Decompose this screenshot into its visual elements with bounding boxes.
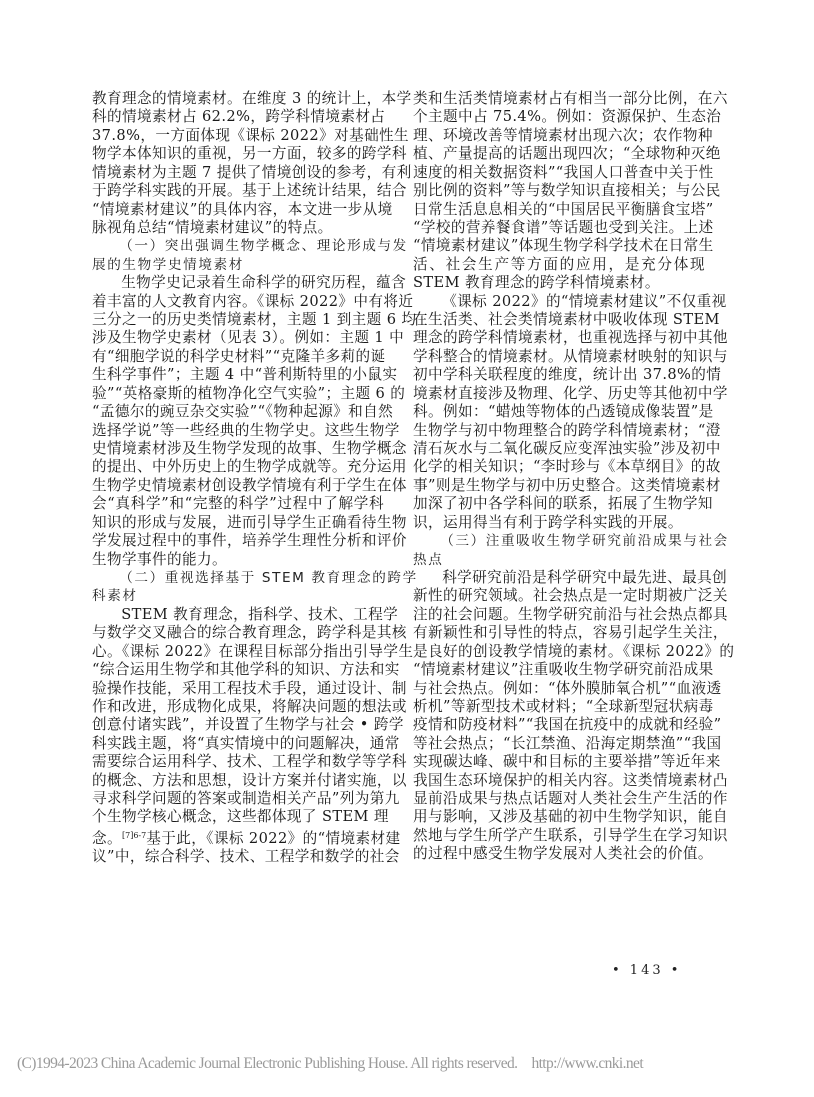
- body-text-line: 生科学事件”；主题 4 中“普利斯特里的小鼠实: [92, 366, 384, 384]
- body-text-line: 涉及生物学史素材（见表 3）。例如：主题 1 中: [92, 329, 384, 347]
- right-column: 类和生活类情境素材占有相当一部分比例，在六个主题中占 75.4%。例如：资源保护…: [413, 90, 705, 864]
- body-text-line: 新性的研究领域。社会热点是一定时期被广泛关: [413, 587, 705, 605]
- body-text-line: 速度的相关数据资料”“我国人口普查中关于性: [413, 164, 705, 182]
- body-text-line: 需要综合运用科学、技术、工程学和数学等学科: [92, 753, 384, 771]
- body-text-line: 教育理念的情境素材。在维度 3 的统计上，本学: [92, 90, 384, 108]
- section-heading-line: 科素材: [92, 587, 384, 605]
- section-heading-line: （三）注重吸收生物学研究前沿成果与社会: [413, 532, 705, 550]
- body-text-line: “孟德尔的豌豆杂交实验”“《物种起源》和自然: [92, 403, 384, 421]
- body-text-line: 个主题中占 75.4%。例如：资源保护、生态治: [413, 108, 705, 126]
- body-text-line: 注的社会问题。生物学研究前沿与社会热点都具: [413, 606, 705, 624]
- body-text-line: 显前沿成果与热点话题对人类社会生产生活的作: [413, 790, 705, 808]
- body-text-line: 析机”等新型技术或材料；“全球新型冠状病毒: [413, 698, 705, 716]
- body-text-line: 有新颖性和引导性的特点，容易引起学生关注，: [413, 624, 705, 642]
- body-text-line: 史情境素材涉及生物学发现的故事、生物学概念: [92, 440, 384, 458]
- body-text-line: 的过程中感受生物学发展对人类社会的价值。: [413, 845, 705, 863]
- body-text-line: 生物学事件的能力。: [92, 551, 384, 569]
- left-column: 教育理念的情境素材。在维度 3 的统计上，本学科的情境素材占 62.2%，跨学科…: [92, 90, 384, 867]
- body-text-line: 理、环境改善等情境素材出现六次；农作物种: [413, 127, 705, 145]
- body-text-line: 验操作技能，采用工程技术手段，通过设计、制: [92, 680, 384, 698]
- body-text-line: “学校的营养餐食谱”等话题也受到关注。上述: [413, 219, 705, 237]
- body-text-line: 物学本体知识的重视，另一方面，较多的跨学科: [92, 145, 384, 163]
- body-text-line: 用与影响，又涉及基础的初中生物学知识，能自: [413, 808, 705, 826]
- body-text-line: 境素材直接涉及物理、化学、历史等其他初中学: [413, 385, 705, 403]
- body-text-line: 学科整合的情境素材。从情境素材映射的知识与: [413, 348, 705, 366]
- page-number: • 143 •: [612, 963, 681, 978]
- copyright-text: (C)1994-2023 China Academic Journal Elec…: [17, 1055, 517, 1072]
- body-text-line: 与社会热点。例如：“体外膜肺氧合机”“血液透: [413, 680, 705, 698]
- body-text-line: 等社会热点；“长江禁渔、沿海定期禁渔”“我国: [413, 735, 705, 753]
- body-text-line: 的提出、中外历史上的生物学成就等。充分运用: [92, 458, 384, 476]
- body-text-line: 别比例的资料”等与数学知识直接相关；与公民: [413, 182, 705, 200]
- body-text-line: 理念的跨学科情境素材，也重视选择与初中其他: [413, 329, 705, 347]
- body-text-line: 于跨学科实践的开展。基于上述统计结果，结合: [92, 182, 384, 200]
- body-text-line: “情境素材建议”体现生物学科学技术在日常生: [413, 237, 705, 255]
- body-text-line: 创意付诸实践”，并设置了生物学与社会 • 跨学: [92, 716, 384, 734]
- body-text-line: 清石灰水与二氧化碳反应变浑浊实验”涉及初中: [413, 440, 705, 458]
- section-heading-line: （一）突出强调生物学概念、理论形成与发: [92, 237, 384, 255]
- body-text-line: 知识的形成与发展，进而引导学生正确看待生物: [92, 514, 384, 532]
- body-text-line: 学发展过程中的事件，培养学生理性分析和评价: [92, 532, 384, 550]
- body-text-line: 个生物学核心概念，这些都体现了 STEM 理: [92, 808, 384, 826]
- footer-url[interactable]: http://www.cnki.net: [531, 1055, 643, 1072]
- body-text-line: STEM 教育理念，指科学、技术、工程学: [92, 606, 384, 624]
- body-text-line: 与数学交叉融合的综合教育理念，跨学科是其核: [92, 624, 384, 642]
- body-text-line: 议”中，综合科学、技术、工程学和数学的社会: [92, 848, 384, 866]
- body-text-line: 加深了初中各学科间的联系，拓展了生物学知: [413, 495, 705, 513]
- section-heading-line: （二）重视选择基于 STEM 教育理念的跨学: [92, 569, 384, 587]
- body-text-line: 识，运用得当有利于跨学科实践的开展。: [413, 514, 705, 532]
- body-text-line: 37.8%，一方面体现《课标 2022》对基础性生: [92, 127, 384, 145]
- journal-page: 教育理念的情境素材。在维度 3 的统计上，本学科的情境素材占 62.2%，跨学科…: [0, 0, 814, 1097]
- body-text-line: 脉视角总结“情境素材建议”的特点。: [92, 219, 384, 237]
- body-text-line: 活、社会生产等方面的应用，是充分体现: [413, 256, 705, 274]
- body-text-line: 化学的相关知识；“李时珍与《本草纲目》的故: [413, 458, 705, 476]
- body-text-line: 疫情和防疫材料”“我国在抗疫中的成就和经验”: [413, 716, 705, 734]
- body-text-line: 科。例如：“蜡烛等物体的凸透镜成像装置”是: [413, 403, 705, 421]
- body-text-line: 《课标 2022》的“情境素材建议”不仅重视: [413, 293, 705, 311]
- body-text-line: 是良好的创设教学情境的素材。《课标 2022》的: [413, 643, 705, 661]
- body-text-line: “情境素材建议”的具体内容，本文进一步从境: [92, 201, 384, 219]
- body-text-line: 着丰富的人文教育内容。《课标 2022》中有将近: [92, 293, 384, 311]
- body-text-line: 作和改进，形成物化成果，将解决问题的想法或: [92, 698, 384, 716]
- body-text-line: 会“真科学”和“完整的科学”过程中了解学科: [92, 495, 384, 513]
- body-text-line: 植、产量提高的话题出现四次；“全球物种灭绝: [413, 145, 705, 163]
- body-text-line: 寻求科学问题的答案或制造相关产品”列为第九: [92, 790, 384, 808]
- body-text-line: 念。[7]6-7基于此，《课标 2022》的“情境素材建: [92, 827, 384, 848]
- body-text-line: “情境素材建议”注重吸收生物学研究前沿成果: [413, 661, 705, 679]
- body-text-line: 情境素材为主题 7 提供了情境创设的参考，有利: [92, 164, 384, 182]
- body-text-line: 在生活类、社会类情境素材中吸收体现 STEM: [413, 311, 705, 329]
- body-text-line: 实现碳达峰、碳中和目标的主要举措”等近年来: [413, 753, 705, 771]
- body-text-line: 然地与学生所学产生联系，引导学生在学习知识: [413, 827, 705, 845]
- body-text-line: 事”则是生物学与初中历史整合。这类情境素材: [413, 477, 705, 495]
- body-text-line: 日常生活息息相关的“中国居民平衡膳食宝塔”: [413, 201, 705, 219]
- body-text-line: 我国生态环境保护的相关内容。这类情境素材凸: [413, 772, 705, 790]
- body-text-line: 科实践主题，将“真实情境中的问题解决，通常: [92, 735, 384, 753]
- body-text-line: 生物学史记录着生命科学的研究历程，蕴含: [92, 274, 384, 292]
- section-heading-line: 展的生物学史情境素材: [92, 256, 384, 274]
- body-text-line: 科的情境素材占 62.2%，跨学科情境素材占: [92, 108, 384, 126]
- body-text-line: “综合运用生物学和其他学科的知识、方法和实: [92, 661, 384, 679]
- body-text-line: 验”“英格豪斯的植物净化空气实验”；主题 6 的: [92, 385, 384, 403]
- body-text-line: 科学研究前沿是科学研究中最先进、最具创: [413, 569, 705, 587]
- body-text-line: 的概念、方法和思想，设计方案并付诸实施，以: [92, 772, 384, 790]
- body-text-line: 有“细胞学说的科学史材料”“克隆羊多莉的诞: [92, 348, 384, 366]
- body-text-line: 三分之一的历史类情境素材，主题 1 到主题 6 均: [92, 311, 384, 329]
- body-text-line: 心。《课标 2022》在课程目标部分指出引导学生: [92, 643, 384, 661]
- body-text-line: STEM 教育理念的跨学科情境素材。: [413, 274, 705, 292]
- copyright-footer: (C)1994-2023 China Academic Journal Elec…: [17, 1055, 643, 1073]
- body-text-line: 选择学说”等一些经典的生物学史。这些生物学: [92, 422, 384, 440]
- body-text-line: 生物学与初中物理整合的跨学科情境素材；“澄: [413, 422, 705, 440]
- section-heading-line: 热点: [413, 551, 705, 569]
- body-text-line: 生物学史情境素材创设教学情境有利于学生在体: [92, 477, 384, 495]
- citation-reference[interactable]: [7]6-7: [122, 831, 146, 840]
- body-text-line: 类和生活类情境素材占有相当一部分比例，在六: [413, 90, 705, 108]
- body-text-line: 初中学科关联程度的维度，统计出 37.8%的情: [413, 366, 705, 384]
